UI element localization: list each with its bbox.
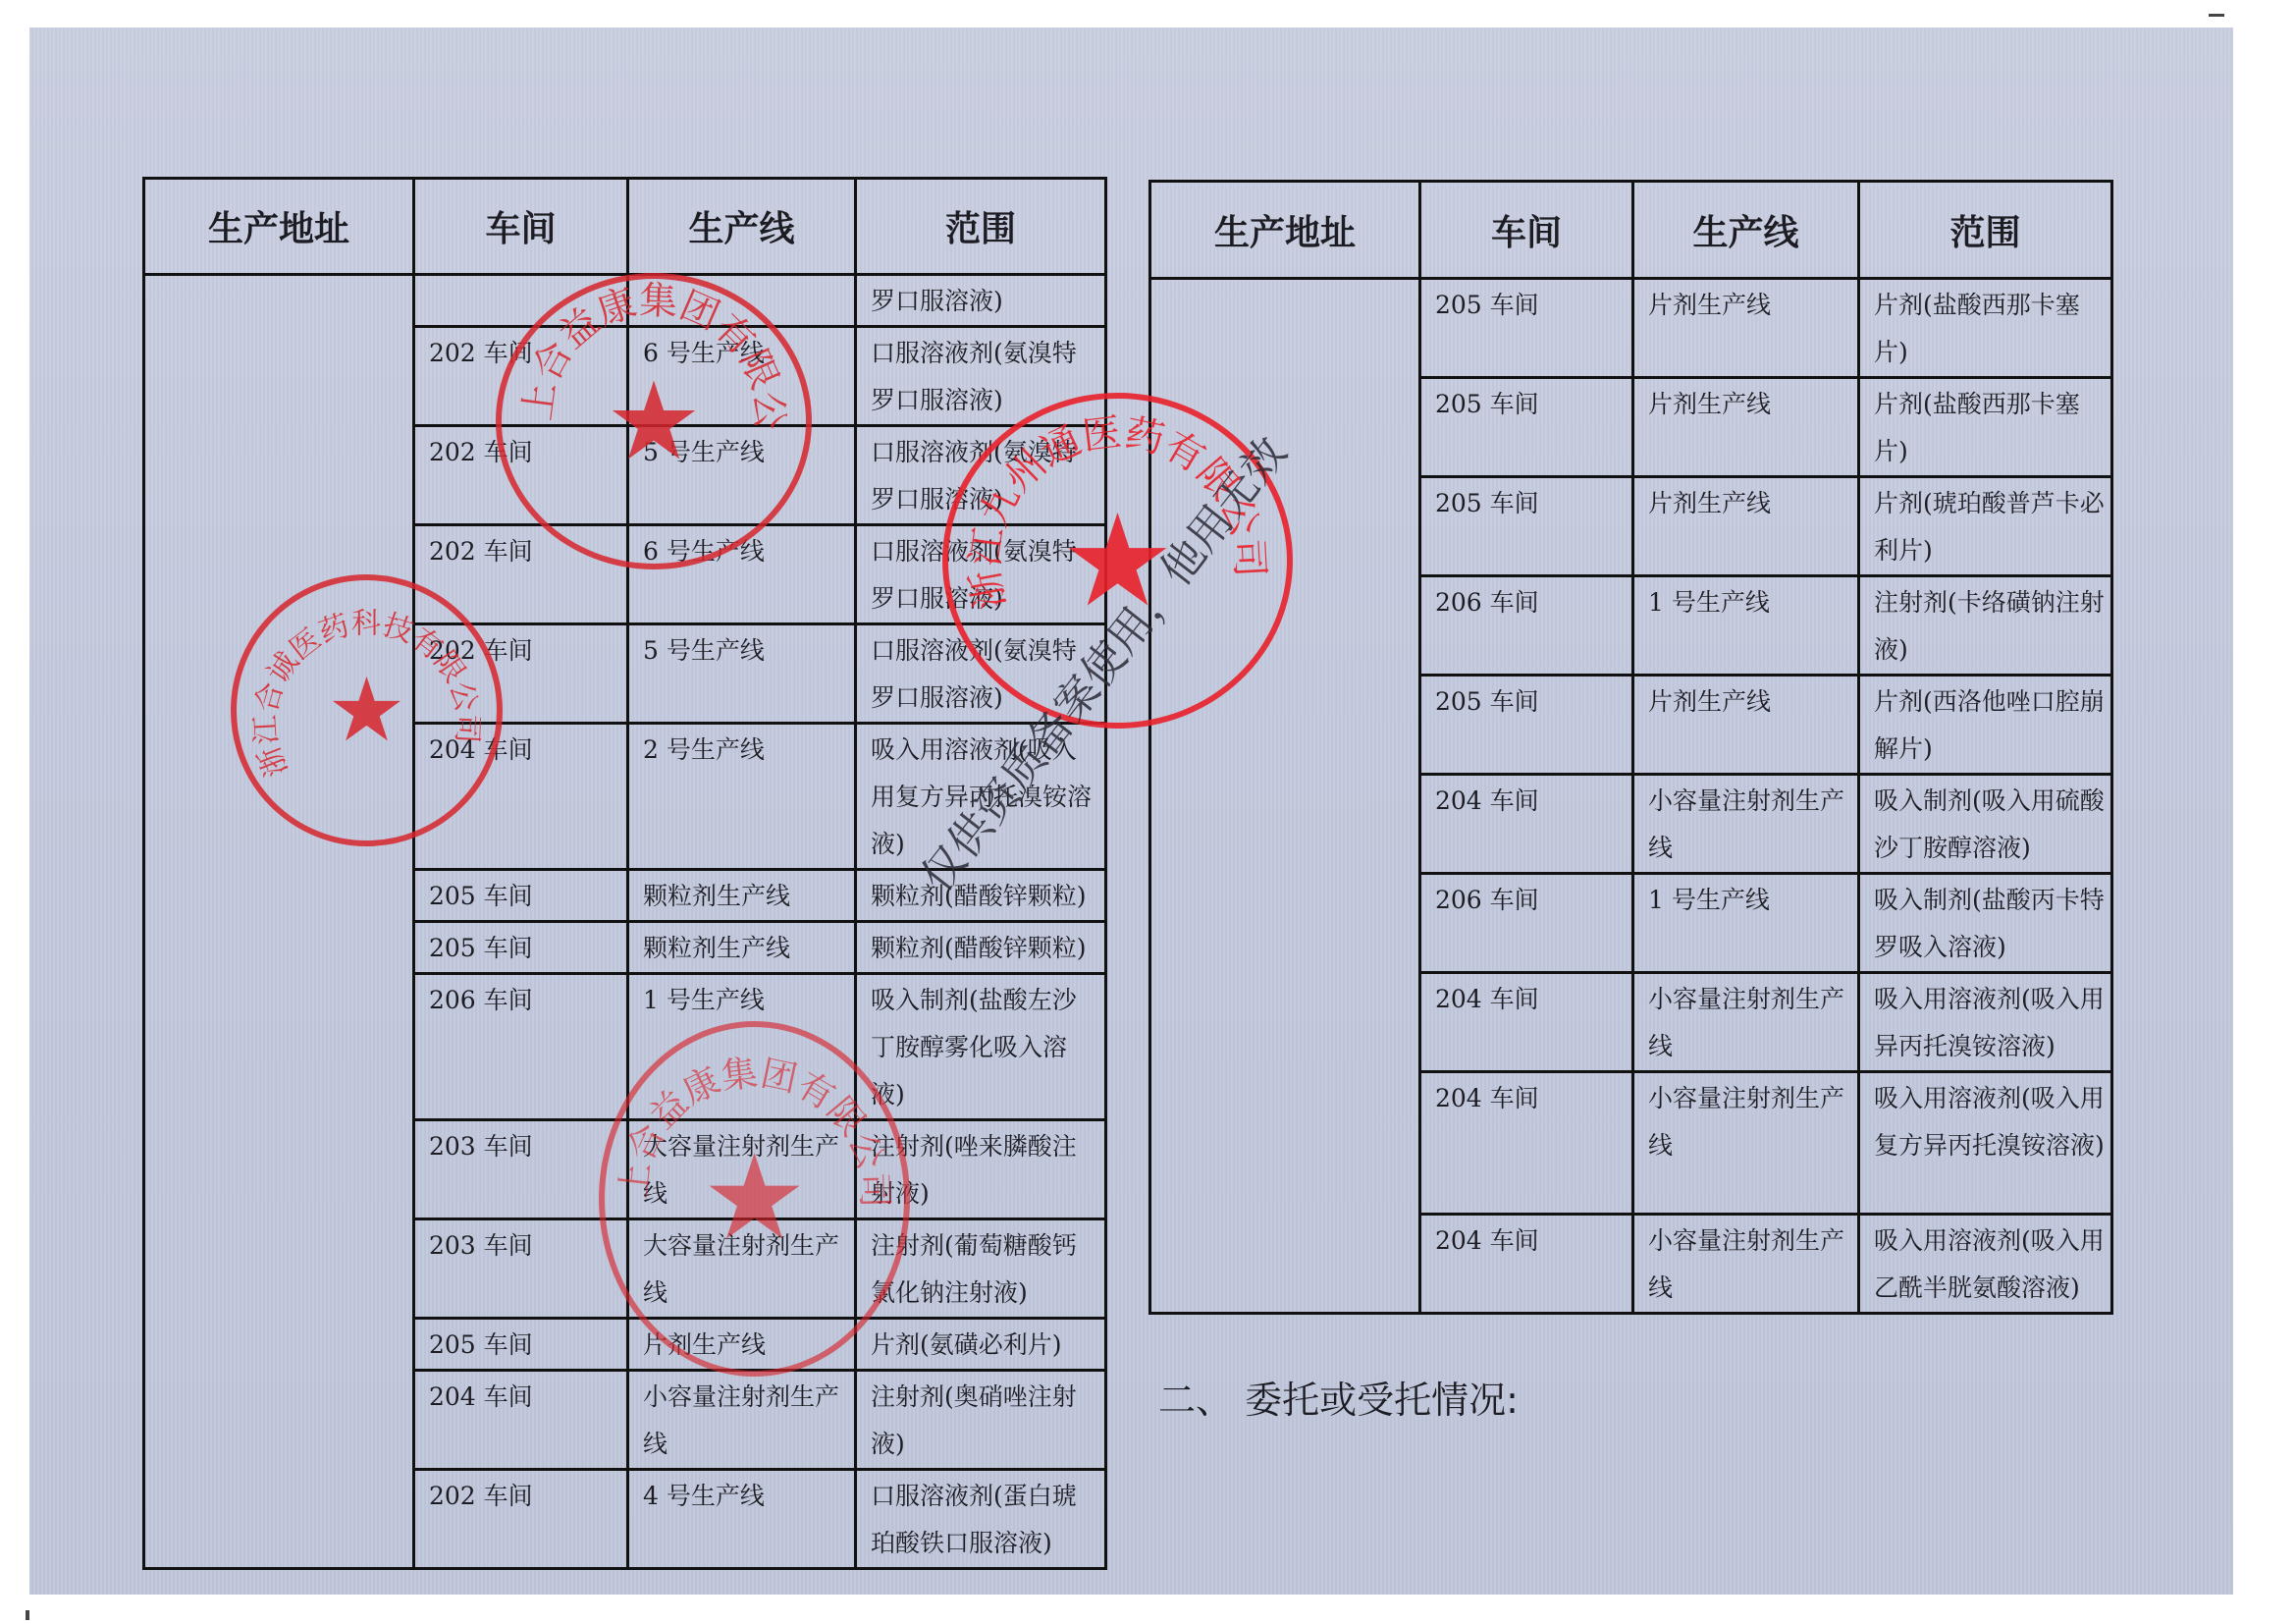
header-workshop: 车间: [414, 179, 628, 275]
cell-workshop-text: 203 车间: [415, 1121, 626, 1170]
cell-scope: 注射剂(卡络磺钠注射液): [1859, 576, 2112, 676]
cell-scope-text: 颗粒剂(醋酸锌颗粒): [857, 871, 1104, 920]
cell-scope: 片剂(琥珀酸普芦卡必利片): [1859, 477, 2112, 576]
cell-scope-text: 口服溶液剂(蛋白琥珀酸铁口服溶液): [857, 1471, 1104, 1567]
cell-workshop-text: 205 车间: [415, 1320, 626, 1369]
cell-workshop-text: 205 车间: [1421, 677, 1631, 726]
cell-workshop: 205 车间: [1420, 279, 1633, 378]
cell-line: 片剂生产线: [1633, 477, 1859, 576]
cell-workshop-text: 206 车间: [415, 975, 626, 1024]
svg-text:上合益康集团有限公司: 上合益康集团有限公司: [502, 279, 791, 431]
cell-workshop-text: 205 车间: [415, 871, 626, 920]
seal-text: 上合益康集团有限公司: [502, 279, 791, 431]
cell-workshop-text: 205 车间: [1421, 280, 1631, 329]
cell-line: 4 号生产线: [628, 1470, 856, 1569]
cell-workshop-text: 206 车间: [1421, 577, 1631, 626]
cell-line-text: 片剂生产线: [1634, 379, 1857, 428]
cell-scope: 罗口服溶液): [856, 275, 1106, 327]
cell-scope-text: 吸入制剂(吸入用硫酸沙丁胺醇溶液): [1860, 776, 2110, 872]
cell-line: 片剂生产线: [1633, 378, 1859, 477]
cell-scope-text: 吸入用溶液剂(吸入用乙酰半胱氨酸溶液): [1860, 1216, 2110, 1312]
cell-line: 颗粒剂生产线: [628, 922, 856, 974]
header-workshop: 车间: [1420, 182, 1633, 279]
header-address: 生产地址: [1150, 182, 1420, 279]
cell-scope-text: 片剂(琥珀酸普芦卡必利片): [1860, 478, 2110, 574]
cell-line: 1 号生产线: [1633, 576, 1859, 676]
cell-scope: 颗粒剂(醋酸锌颗粒): [856, 870, 1106, 922]
seal-text: 浙江合诚医药科技有限公司: [248, 607, 485, 782]
cell-line-text: 小容量注射剂生产线: [1634, 974, 1857, 1070]
svg-text:上合益康集团有限公司: 上合益康集团有限公司: [613, 1052, 896, 1209]
cell-scope-text: 注射剂(奥硝唑注射液): [857, 1372, 1104, 1468]
cell-workshop: 206 车间: [1420, 874, 1633, 973]
cell-workshop: 204 车间: [1420, 1072, 1633, 1215]
cell-workshop-text: 204 车间: [1421, 974, 1631, 1023]
cell-line: 小容量注射剂生产线: [1633, 973, 1859, 1072]
cell-workshop: 203 车间: [414, 1120, 628, 1219]
cell-workshop-text: 203 车间: [415, 1220, 626, 1270]
cell-scope-text: 片剂(盐酸西那卡塞片): [1860, 379, 2110, 475]
cell-line-text: 小容量注射剂生产线: [1634, 1216, 1857, 1312]
cell-scope: 口服溶液剂(蛋白琥珀酸铁口服溶液): [856, 1470, 1106, 1569]
cell-line: 小容量注射剂生产线: [628, 1371, 856, 1470]
cell-line-text: 4 号生产线: [629, 1471, 854, 1520]
cell-workshop-text: 202 车间: [415, 1471, 626, 1520]
cell-scope-text: 片剂(西洛他唑口腔崩解片): [1860, 677, 2110, 773]
cell-workshop: 204 车间: [1420, 973, 1633, 1072]
cell-workshop-text: 204 车间: [1421, 1216, 1631, 1265]
cell-address: [144, 275, 414, 1569]
svg-text:浙江合诚医药科技有限公司: 浙江合诚医药科技有限公司: [248, 607, 485, 782]
seal-text: 上合益康集团有限公司: [613, 1052, 896, 1209]
cell-scope: 吸入制剂(盐酸丙卡特罗吸入溶液): [1859, 874, 2112, 973]
cell-line-text: 颗粒剂生产线: [629, 923, 854, 972]
cell-line-text: 1 号生产线: [629, 975, 854, 1024]
cell-line-text: 小容量注射剂生产线: [629, 1372, 854, 1468]
header-line: 生产线: [628, 179, 856, 275]
cell-line: 小容量注射剂生产线: [1633, 1215, 1859, 1314]
cell-line: 颗粒剂生产线: [628, 870, 856, 922]
cell-workshop: 206 车间: [1420, 576, 1633, 676]
cell-workshop-text: 205 车间: [415, 923, 626, 972]
cell-line-text: 片剂生产线: [1634, 280, 1857, 329]
cell-workshop: 205 车间: [414, 922, 628, 974]
header-address: 生产地址: [144, 179, 414, 275]
cell-workshop-text: 205 车间: [1421, 379, 1631, 428]
cell-line-text: 1 号生产线: [1634, 875, 1857, 924]
cell-scope: 吸入制剂(吸入用硫酸沙丁胺醇溶液): [1859, 775, 2112, 874]
company-seal-stamp: ★ 上合益康集团有限公司: [496, 273, 812, 569]
table-row: 205 车间片剂生产线片剂(盐酸西那卡塞片): [1150, 279, 2112, 378]
production-table-right: 生产地址 车间 生产线 范围 205 车间片剂生产线片剂(盐酸西那卡塞片)205…: [1148, 180, 2113, 1315]
cell-scope-text: 注射剂(卡络磺钠注射液): [1860, 577, 2110, 674]
cell-line-text: 片剂生产线: [1634, 677, 1857, 726]
scan-mark: [26, 1610, 29, 1620]
cell-scope: 吸入用溶液剂(吸入用乙酰半胱氨酸溶液): [1859, 1215, 2112, 1314]
cell-line-text: 小容量注射剂生产线: [1634, 1073, 1857, 1169]
header-scope: 范围: [856, 179, 1106, 275]
cell-scope: 片剂(盐酸西那卡塞片): [1859, 279, 2112, 378]
cell-workshop: 205 车间: [414, 1319, 628, 1371]
cell-workshop-text: 206 车间: [1421, 875, 1631, 924]
cell-workshop-text: [415, 276, 626, 278]
cell-scope: 吸入用溶液剂(吸入用异丙托溴铵溶液): [1859, 973, 2112, 1072]
cell-line-text: 2 号生产线: [629, 725, 854, 774]
cell-line-text: 5 号生产线: [629, 625, 854, 675]
cell-workshop: 203 车间: [414, 1219, 628, 1319]
cell-scope: 片剂(盐酸西那卡塞片): [1859, 378, 2112, 477]
cell-line: 小容量注射剂生产线: [1633, 1072, 1859, 1215]
cell-scope-text: 片剂(盐酸西那卡塞片): [1860, 280, 2110, 376]
company-seal-stamp: ★ 浙江合诚医药科技有限公司: [231, 574, 503, 846]
cell-workshop: 204 车间: [414, 1371, 628, 1470]
table-header-row: 生产地址 车间 生产线 范围: [144, 179, 1106, 275]
cell-scope-text: 吸入用溶液剂(吸入用复方异丙托溴铵溶液): [1860, 1073, 2110, 1169]
cell-workshop: 204 车间: [1420, 775, 1633, 874]
cell-scope: 注射剂(奥硝唑注射液): [856, 1371, 1106, 1470]
cell-line-text: 小容量注射剂生产线: [1634, 776, 1857, 872]
cell-line-text: 片剂生产线: [1634, 478, 1857, 527]
cell-line-text: 1 号生产线: [1634, 577, 1857, 626]
header-line: 生产线: [1633, 182, 1859, 279]
cell-line-text: 颗粒剂生产线: [629, 871, 854, 920]
company-seal-stamp: ★ 上合益康集团有限公司: [599, 1021, 910, 1377]
cell-workshop: 205 车间: [414, 870, 628, 922]
cell-workshop-text: 205 车间: [1421, 478, 1631, 527]
cell-scope-text: 罗口服溶液): [857, 276, 1104, 325]
cell-line: 片剂生产线: [1633, 279, 1859, 378]
cell-line: 1 号生产线: [1633, 874, 1859, 973]
cell-workshop-text: 204 车间: [1421, 776, 1631, 825]
cell-scope: 颗粒剂(醋酸锌颗粒): [856, 922, 1106, 974]
header-scope: 范围: [1859, 182, 2112, 279]
cell-workshop: 205 车间: [1420, 378, 1633, 477]
cell-workshop: 206 车间: [414, 974, 628, 1120]
cell-workshop: 204 车间: [1420, 1215, 1633, 1314]
cell-workshop-text: 204 车间: [1421, 1073, 1631, 1122]
cell-scope-text: 颗粒剂(醋酸锌颗粒): [857, 923, 1104, 972]
cell-workshop: 205 车间: [1420, 676, 1633, 775]
cell-line: 5 号生产线: [628, 624, 856, 724]
cell-workshop: 202 车间: [414, 1470, 628, 1569]
cell-line: 2 号生产线: [628, 724, 856, 870]
cell-workshop-text: 204 车间: [415, 1372, 626, 1421]
cell-scope: 吸入用溶液剂(吸入用复方异丙托溴铵溶液): [1859, 1072, 2112, 1215]
cell-scope: 片剂(西洛他唑口腔崩解片): [1859, 676, 2112, 775]
section-heading-entrustment: 二、 委托或受托情况:: [1158, 1370, 1519, 1424]
cell-line: 片剂生产线: [1633, 676, 1859, 775]
cell-scope-text: 吸入用溶液剂(吸入用异丙托溴铵溶液): [1860, 974, 2110, 1070]
cell-scope-text: 吸入制剂(盐酸丙卡特罗吸入溶液): [1860, 875, 2110, 971]
cell-workshop: 205 车间: [1420, 477, 1633, 576]
table-header-row: 生产地址 车间 生产线 范围: [1150, 182, 2112, 279]
scan-mark: [2209, 14, 2224, 17]
cell-line: 小容量注射剂生产线: [1633, 775, 1859, 874]
